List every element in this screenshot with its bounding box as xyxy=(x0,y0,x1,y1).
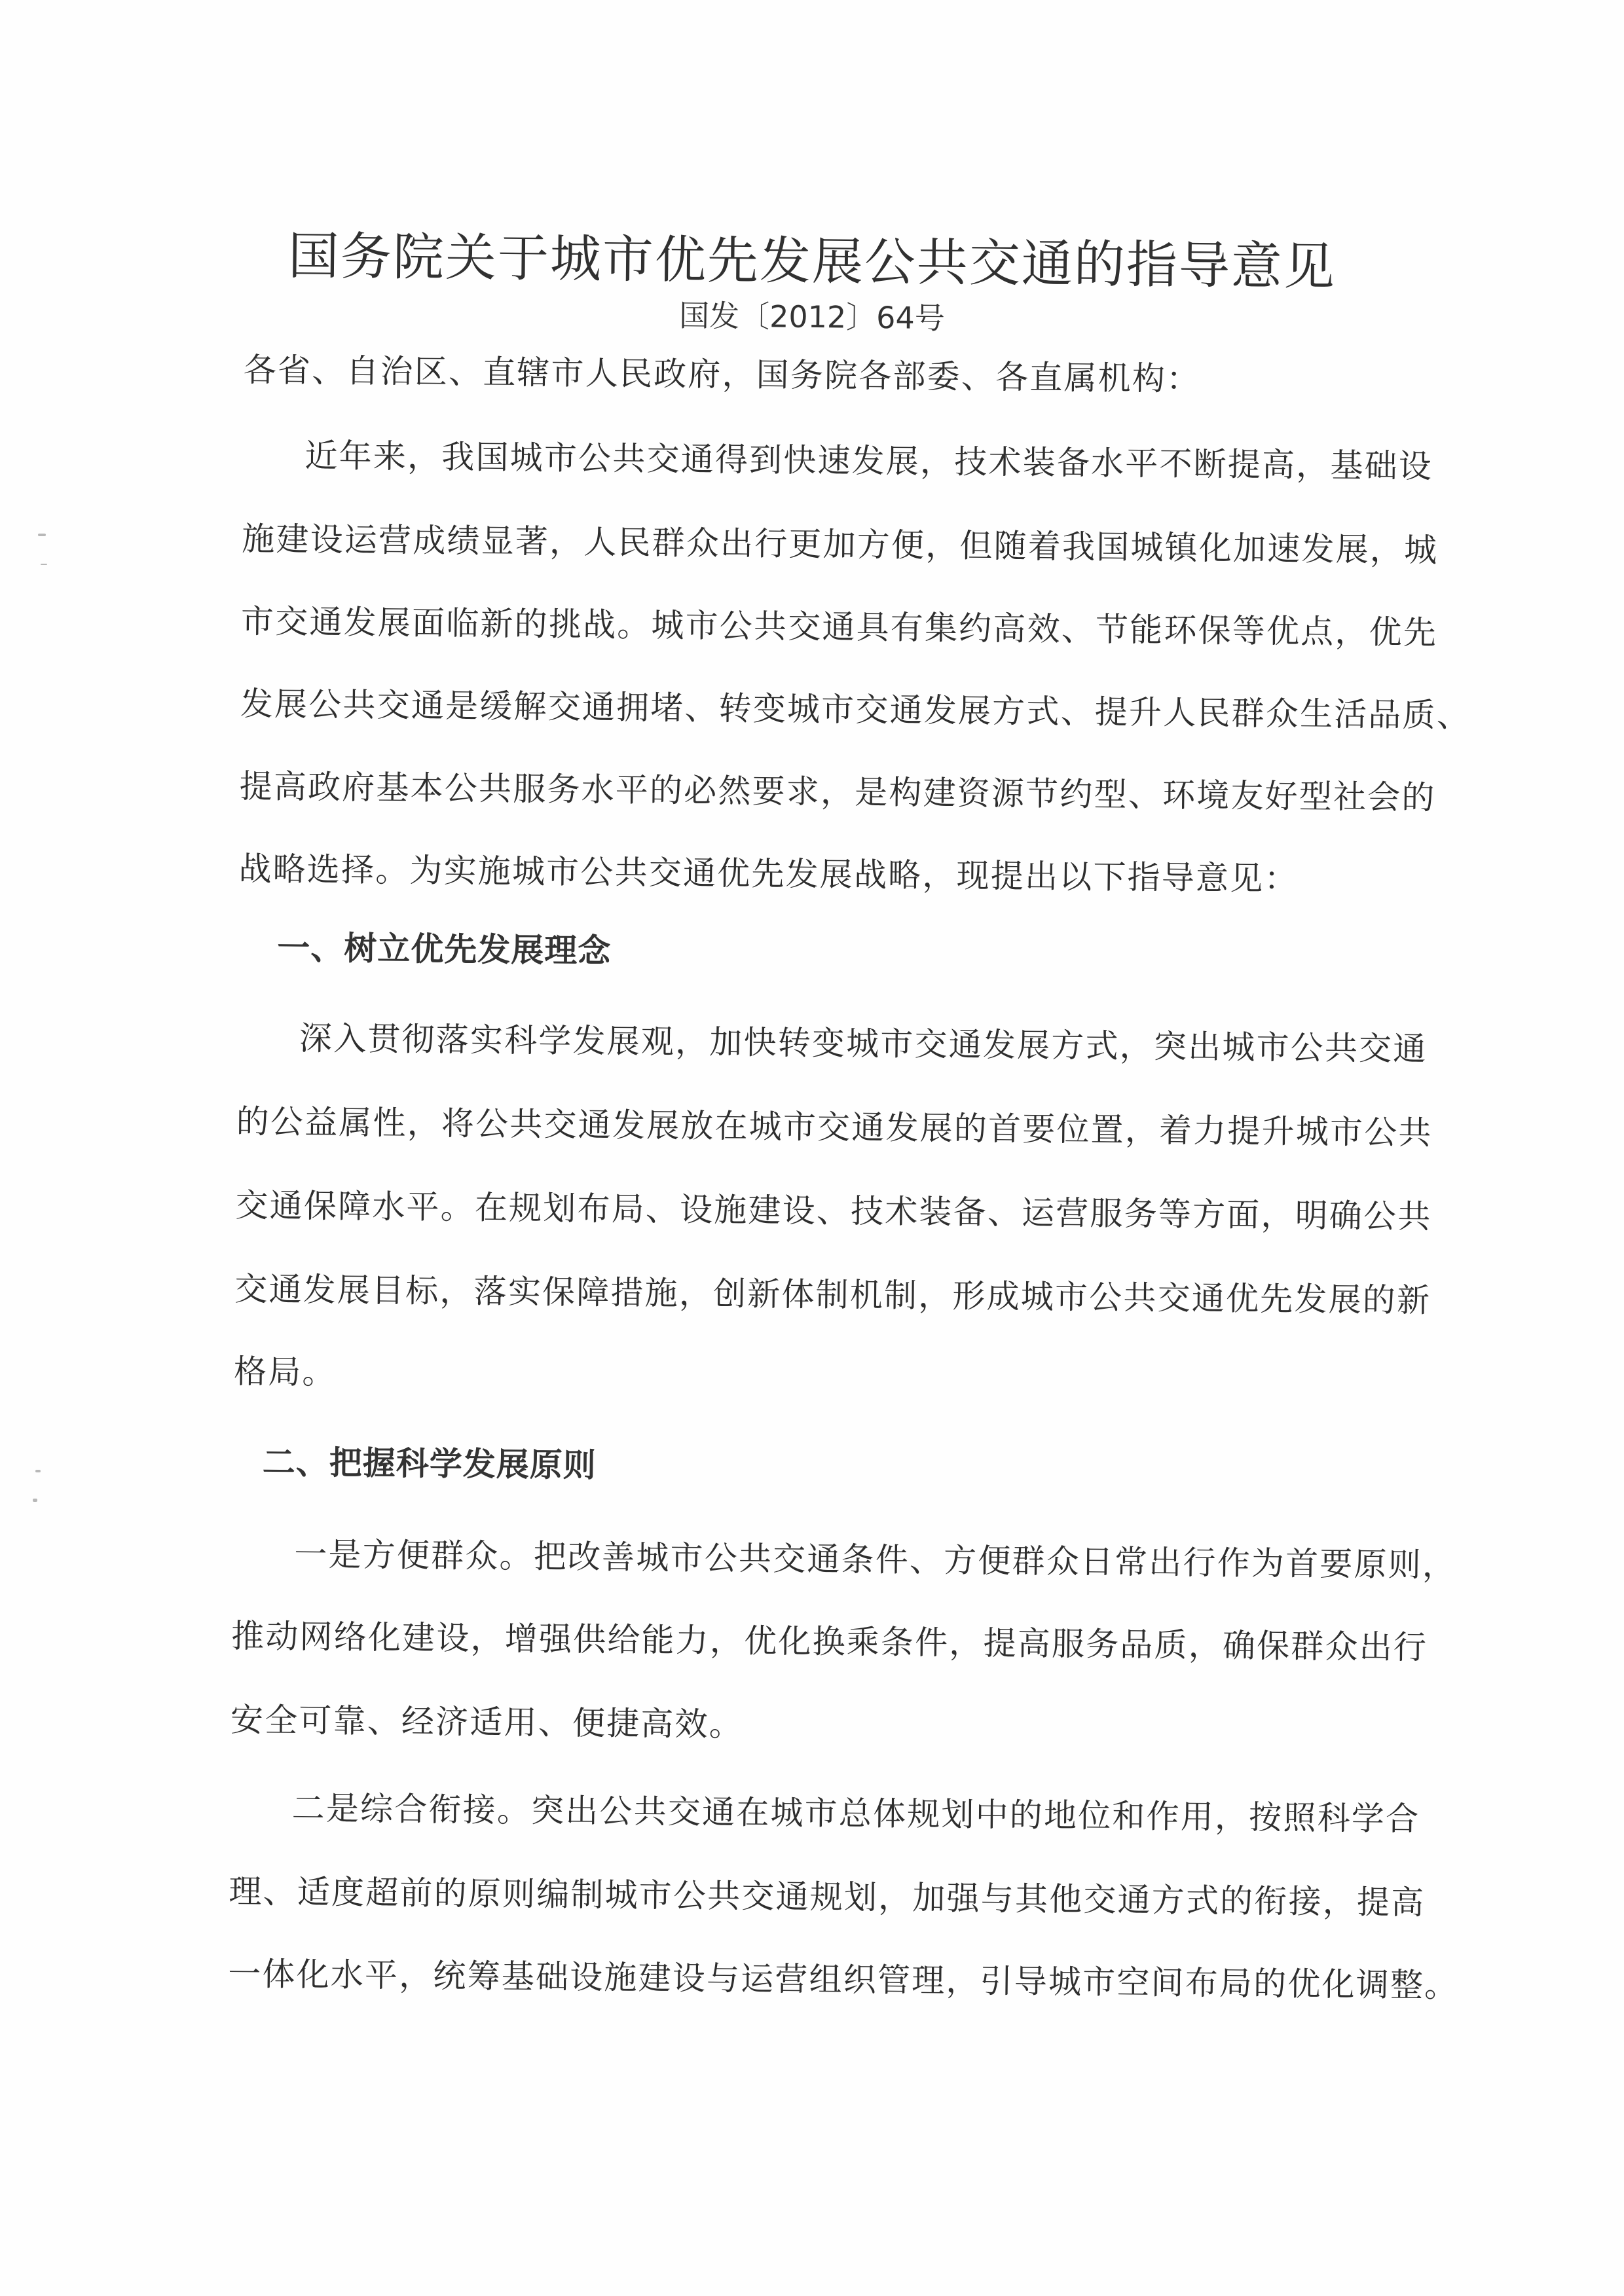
paragraph-line: 推动网络化建设，增强供给能力，优化换乘条件，提高服务品质，确保群众出行 xyxy=(231,1620,1428,1664)
paragraph-line: 安全可靠、经济适用、便捷高效。 xyxy=(231,1704,743,1741)
paragraph-line: 提高政府基本公共服务水平的必然要求，是构建资源节约型、环境友好型社会的 xyxy=(239,770,1435,814)
paragraph-line: 的公益属性，将公共交通发展放在城市交通发展的首要位置，着力提升城市公共 xyxy=(236,1105,1433,1150)
paragraph-line: 战略选择。为实施城市公共交通优先发展战略，现提出以下指导意见： xyxy=(238,852,1299,896)
scanned-page: 国务院关于城市优先发展公共交通的指导意见 国发〔2012〕64号 各省、自治区、… xyxy=(0,0,1624,2296)
paragraph-line: 一是方便群众。把改善城市公共交通条件、方便群众日常出行作为首要原则， xyxy=(232,1537,1456,1582)
scan-mark xyxy=(38,534,46,536)
section-heading: 一、树立优先发展理念 xyxy=(277,932,611,968)
scan-mark xyxy=(35,1470,41,1472)
paragraph-line: 理、适度超前的原则编制城市公共交通规划，加强与其他交通方式的衔接，提高 xyxy=(229,1875,1425,1920)
paragraph-line: 发展公共交通是缓解交通拥堵、转变城市交通发展方式、提升人民群众生活品质、 xyxy=(240,687,1471,732)
paragraph-line: 交通发展目标，落实保障措施，创新体制机制，形成城市公共交通优先发展的新 xyxy=(234,1273,1431,1317)
paragraph-line: 交通保障水平。在规划布局、设施建设、技术装备、运营服务等方面，明确公共 xyxy=(235,1189,1431,1233)
paragraph-line: 一体化水平，统筹基础设施建设与运营组织管理，引导城市空间布局的优化调整。 xyxy=(228,1958,1459,2002)
salutation: 各省、自治区、直辖市人民政府，国务院各部委、各直属机构： xyxy=(244,354,1201,395)
scan-mark xyxy=(41,564,47,565)
paragraph-line: 市交通发展面临新的挑战。城市公共交通具有集约高效、节能环保等优点，优先 xyxy=(241,605,1437,649)
document-body: 各省、自治区、直辖市人民政府，国务院各部委、各直属机构： 近年来，我国城市公共交… xyxy=(244,354,1383,365)
paragraph-line: 深入贯彻落实科学发展观，加快转变城市交通发展方式，突出城市公共交通 xyxy=(237,1021,1428,1065)
section-heading: 二、把握科学发展原则 xyxy=(263,1446,597,1482)
scan-mark xyxy=(33,1499,37,1502)
paragraph-line: 格局。 xyxy=(234,1355,337,1389)
paragraph-line: 施建设运营成绩显著，人民群众出行更加方便，但随着我国城镇化加速发展，城 xyxy=(242,522,1438,567)
paragraph-line: 近年来，我国城市公共交通得到快速发展，技术装备水平不断提高，基础设 xyxy=(242,439,1433,483)
paragraph-line: 二是综合衔接。突出公共交通在城市总体规划中的地位和作用，按照科学合 xyxy=(229,1791,1420,1835)
